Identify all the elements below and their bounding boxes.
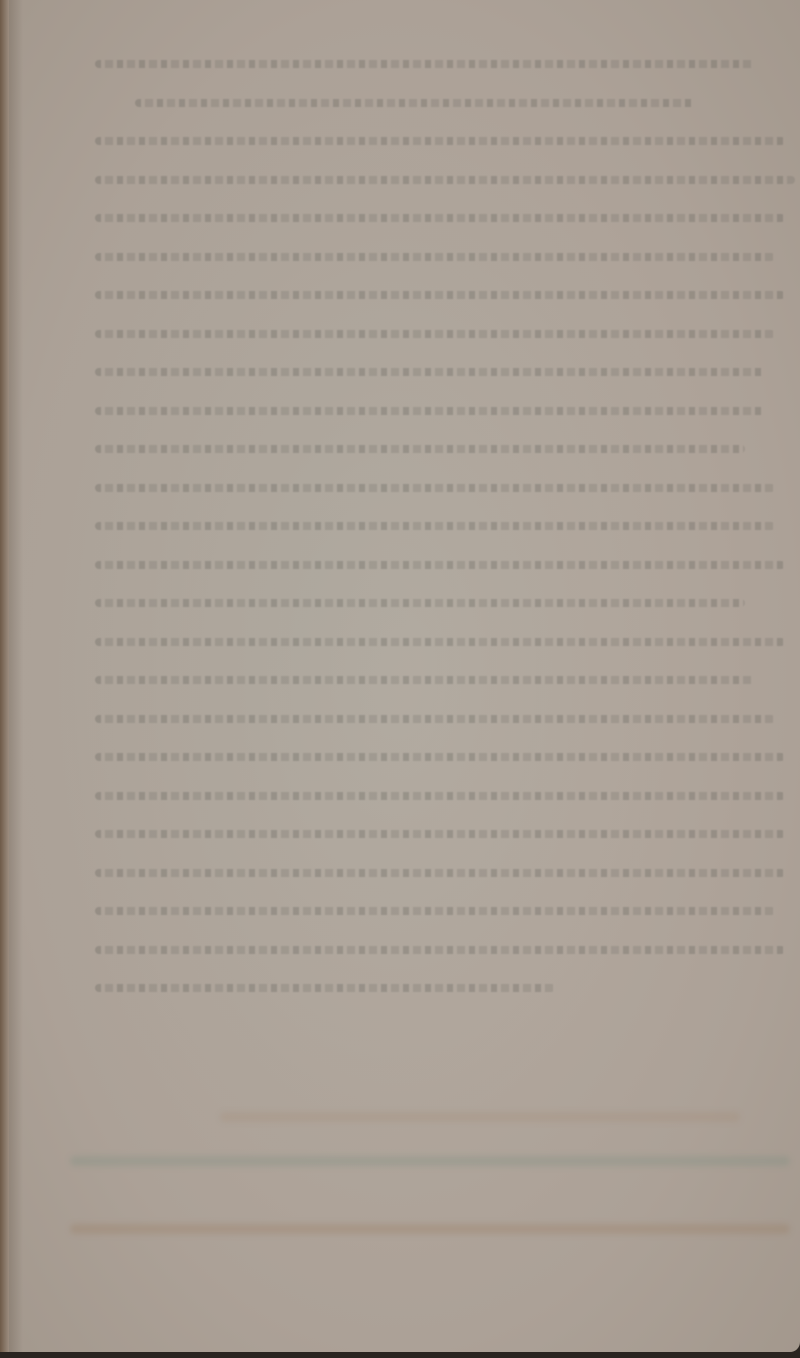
ink-bleed-through (95, 60, 795, 1023)
bleed-line (95, 445, 745, 453)
bleed-line (95, 599, 745, 607)
manuscript-page (0, 0, 800, 1352)
bleed-line (95, 946, 785, 954)
bleed-line (95, 291, 785, 299)
bleed-line (95, 753, 785, 761)
bleed-line (95, 984, 555, 992)
bleed-line (95, 368, 765, 376)
binding-edge (0, 0, 9, 1352)
bleed-line (95, 830, 785, 838)
gutter-shadow (9, 0, 23, 1352)
bleed-line (95, 214, 785, 222)
ruled-band (70, 1224, 790, 1234)
bleed-line (95, 907, 775, 915)
bleed-line (95, 522, 775, 530)
bleed-line (95, 638, 785, 646)
ruled-band (220, 1112, 740, 1122)
bleed-line (95, 561, 785, 569)
bleed-line (95, 869, 785, 877)
ruled-band (70, 1156, 790, 1166)
bleed-line (95, 792, 785, 800)
bleed-line (95, 484, 775, 492)
bleed-line (135, 99, 695, 107)
bleed-line (95, 715, 775, 723)
bleed-line (95, 676, 755, 684)
bleed-line (95, 137, 785, 145)
bleed-line (95, 407, 765, 415)
bleed-line (95, 60, 755, 68)
bleed-line (95, 176, 795, 184)
bleed-line (95, 253, 775, 261)
bleed-line (95, 330, 775, 338)
